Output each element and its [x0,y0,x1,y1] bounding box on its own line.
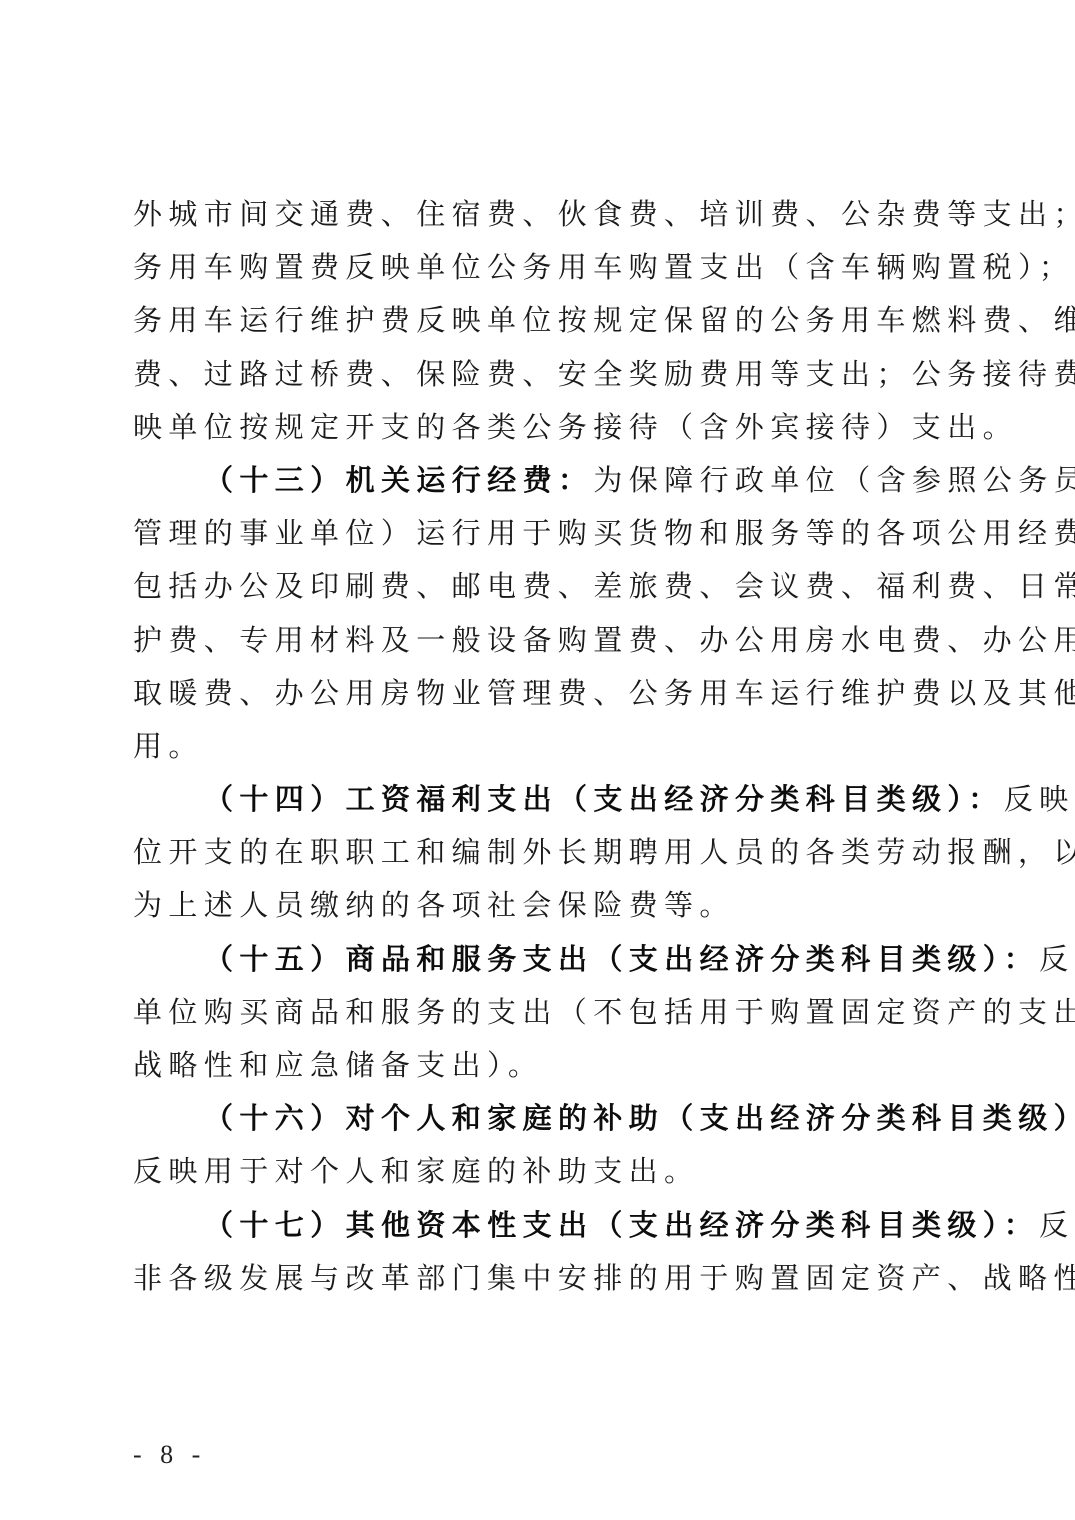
text-line: 务用车购置费反映单位公务用车购置支出（含车辆购置税）；公 [133,241,945,294]
document-page: 外城市间交通费、住宿费、伙食费、培训费、公杂费等支出；公 务用车购置费反映单位公… [0,0,1075,1520]
paragraph-text: 反映单 [1004,782,1075,816]
paragraph-continuation: 外城市间交通费、住宿费、伙食费、培训费、公杂费等支出；公 务用车购置费反映单位公… [133,188,945,454]
paragraph-text: 为保障行政单位（含参照公务员法 [593,463,1075,497]
text-line: 费、过路过桥费、保险费、安全奖励费用等支出；公务接待费反 [133,348,945,401]
text-line: 战略性和应急储备支出）。 [133,1039,945,1092]
text-line: 管理的事业单位）运行用于购买货物和服务等的各项公用经费， [133,507,945,560]
paragraph-text: 反映 [1039,942,1075,976]
paragraph-item-16: （十六）对个人和家庭的补助（支出经济分类科目类级）： 反映用于对个人和家庭的补助… [133,1092,945,1198]
paragraph-item-17: （十七）其他资本性支出（支出经济分类科目类级）：反映 非各级发展与改革部门集中安… [133,1199,945,1305]
page-number: - 8 - [133,1440,206,1470]
paragraph-item-15: （十五）商品和服务支出（支出经济分类科目类级）：反映 单位购买商品和服务的支出（… [133,933,945,1093]
text-line: 单位购买商品和服务的支出（不包括用于购置固定资产的支出、 [133,986,945,1039]
text-line: 反映用于对个人和家庭的补助支出。 [133,1145,945,1198]
paragraph-first-line: （十七）其他资本性支出（支出经济分类科目类级）：反映 [133,1199,945,1252]
paragraph-first-line: （十六）对个人和家庭的补助（支出经济分类科目类级）： [133,1092,945,1145]
text-line: 非各级发展与改革部门集中安排的用于购置固定资产、战略性和 [133,1252,945,1305]
section-heading: （十四）工资福利支出（支出经济分类科目类级）： [204,782,1004,816]
text-line: 包括办公及印刷费、邮电费、差旅费、会议费、福利费、日常维 [133,560,945,613]
text-line: 映单位按规定开支的各类公务接待（含外宾接待）支出。 [133,401,945,454]
paragraph-first-line: （十四）工资福利支出（支出经济分类科目类级）：反映单 [133,773,945,826]
text-line: 位开支的在职职工和编制外长期聘用人员的各类劳动报酬，以及 [133,826,945,879]
document-body: 外城市间交通费、住宿费、伙食费、培训费、公杂费等支出；公 务用车购置费反映单位公… [133,188,945,1305]
section-heading: （十七）其他资本性支出（支出经济分类科目类级）： [204,1208,1039,1242]
paragraph-first-line: （十三）机关运行经费：为保障行政单位（含参照公务员法 [133,454,945,507]
text-line: 取暖费、办公用房物业管理费、公务用车运行维护费以及其他费 [133,667,945,720]
text-line: 为上述人员缴纳的各项社会保险费等。 [133,879,945,932]
paragraph-item-14: （十四）工资福利支出（支出经济分类科目类级）：反映单 位开支的在职职工和编制外长… [133,773,945,933]
section-heading: （十三）机关运行经费： [204,463,593,497]
section-heading: （十六）对个人和家庭的补助（支出经济分类科目类级）： [204,1101,1075,1135]
text-line: 护费、专用材料及一般设备购置费、办公用房水电费、办公用房 [133,614,945,667]
text-line: 外城市间交通费、住宿费、伙食费、培训费、公杂费等支出；公 [133,188,945,241]
paragraph-first-line: （十五）商品和服务支出（支出经济分类科目类级）：反映 [133,933,945,986]
text-line: 务用车运行维护费反映单位按规定保留的公务用车燃料费、维修 [133,294,945,347]
section-heading: （十五）商品和服务支出（支出经济分类科目类级）： [204,942,1039,976]
paragraph-text: 反映 [1039,1208,1075,1242]
text-line: 用。 [133,720,945,773]
paragraph-item-13: （十三）机关运行经费：为保障行政单位（含参照公务员法 管理的事业单位）运行用于购… [133,454,945,773]
